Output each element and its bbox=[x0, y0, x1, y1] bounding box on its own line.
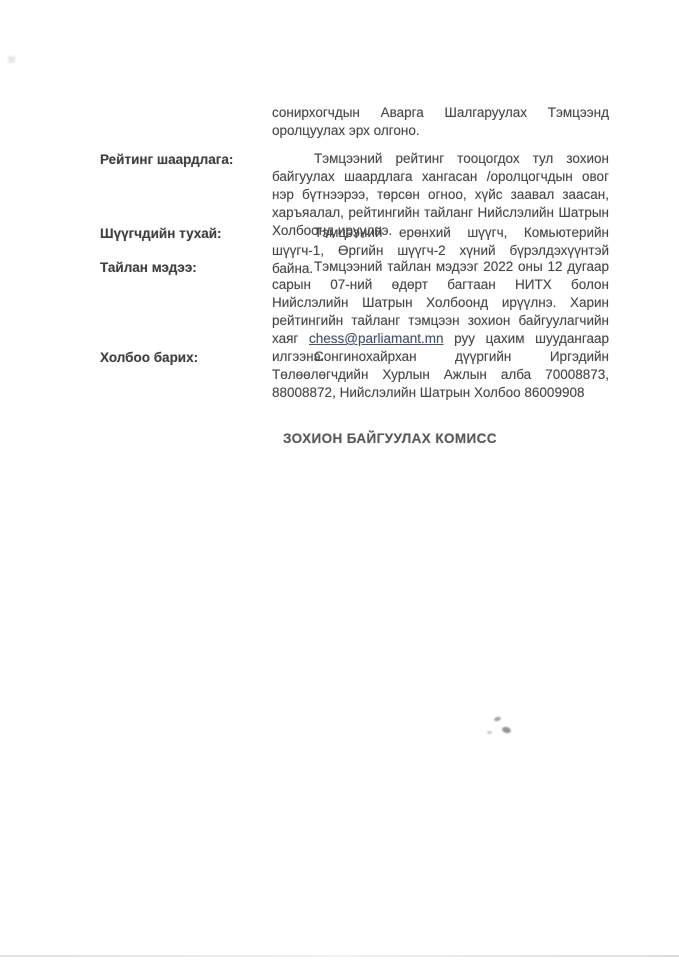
section-rating-requirement-label: Рейтинг шаардлага: bbox=[100, 152, 270, 167]
section-report-label: Тайлан мэдээ: bbox=[100, 260, 270, 275]
email-link[interactable]: chess@parliamant.mn bbox=[309, 331, 444, 346]
section-contact-text: Сонгинохайрхан дүүргийн Иргэдийн Төлөөлө… bbox=[272, 348, 609, 402]
ink-smudge bbox=[487, 731, 492, 734]
scan-edge-line bbox=[0, 955, 679, 957]
ink-smudge bbox=[494, 716, 502, 722]
intro-paragraph-row: сонирхогчдын Аварга Шалгаруулах Тэмцээнд… bbox=[0, 104, 679, 140]
section-contact: Холбоо барих: Сонгинохайрхан дүүргийн Ир… bbox=[0, 348, 679, 402]
section-contact-label: Холбоо барих: bbox=[100, 350, 270, 365]
intro-paragraph-text: сонирхогчдын Аварга Шалгаруулах Тэмцээнд… bbox=[272, 104, 609, 140]
section-referees-label: Шүүгчдийн тухай: bbox=[100, 226, 270, 241]
ink-smudge bbox=[501, 726, 511, 734]
scanned-document-page: сонирхогчдын Аварга Шалгаруулах Тэмцээнд… bbox=[0, 0, 679, 960]
scan-artifact-mark bbox=[8, 56, 15, 63]
committee-heading: ЗОХИОН БАЙГУУЛАХ КОМИСС bbox=[283, 431, 497, 446]
